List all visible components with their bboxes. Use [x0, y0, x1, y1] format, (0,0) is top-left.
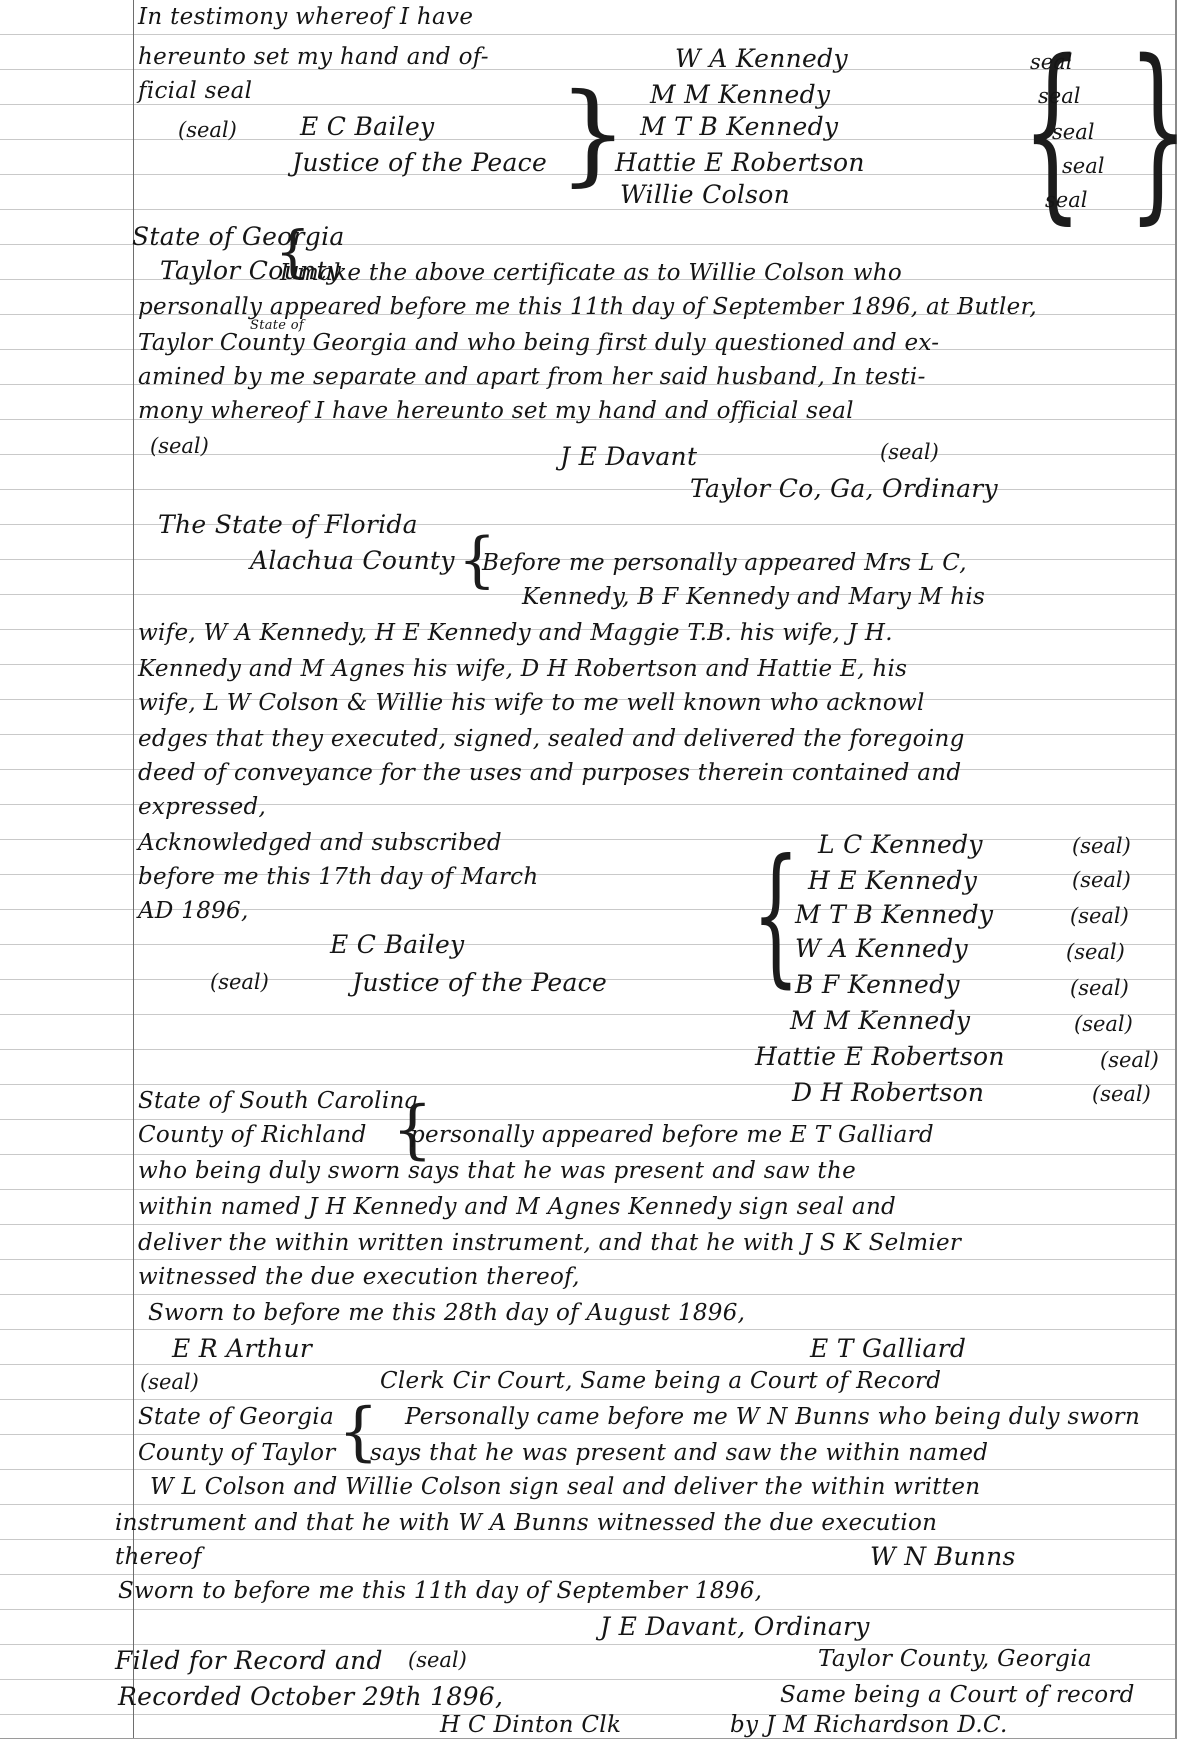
seal-label: (seal): [1074, 1012, 1133, 1036]
grantor-signature: Willie Colson: [620, 180, 790, 209]
signer-title: Justice of the Peace: [292, 148, 547, 177]
grantor-signature: B F Kennedy: [795, 970, 960, 999]
seal-label: (seal): [1070, 976, 1129, 1000]
witness-signature: W N Bunns: [870, 1542, 1016, 1571]
affidavit-line-2: says that he was present and saw the wit…: [370, 1440, 988, 1466]
seal-label: seal: [1038, 84, 1080, 108]
acknowledgment-line-8: expressed,: [138, 794, 266, 820]
acknowledgment-line-7: deed of conveyance for the uses and purp…: [138, 760, 961, 786]
certificate-line-2: personally appeared before me this 11th …: [138, 294, 1037, 320]
clerk-signature: H C Dinton Clk: [440, 1712, 621, 1738]
acknowledgment-line-6: edges that they executed, signed, sealed…: [138, 726, 965, 752]
testimony-line-1: In testimony whereof I have: [138, 4, 473, 30]
affidavit-line-1: Personally came before me W N Bunns who …: [405, 1404, 1140, 1430]
acknowledgment-line-2: Kennedy, B F Kennedy and Mary M his: [522, 584, 985, 610]
grantor-signature: Hattie E Robertson: [755, 1042, 1005, 1071]
sworn-line: Sworn to before me this 11th day of Sept…: [118, 1578, 762, 1604]
ruled-ledger-page: In testimony whereof I have hereunto set…: [0, 0, 1177, 1739]
seal-label: (seal): [880, 440, 939, 464]
clerk-signature: E R Arthur: [172, 1334, 312, 1363]
seal-label: (seal): [210, 970, 269, 994]
certificate-line-4: amined by me separate and apart from her…: [138, 364, 926, 390]
certificate-line-1: I make the above certificate as to Willi…: [280, 260, 902, 286]
acknowledgment-line-3: wife, W A Kennedy, H E Kennedy and Maggi…: [138, 620, 893, 646]
seal-label: (seal): [1066, 940, 1125, 964]
certificate-line-5: mony whereof I have hereunto set my hand…: [138, 398, 854, 424]
grantor-signature: W A Kennedy: [795, 934, 968, 963]
grantor-signature: W A Kennedy: [675, 44, 848, 73]
seal-label: seal: [1045, 188, 1087, 212]
clerk-title: Clerk Cir Court, Same being a Court of R…: [380, 1368, 941, 1394]
county-heading: Alachua County: [250, 546, 455, 575]
seal-label: (seal): [140, 1370, 199, 1394]
affidavit-line-5: thereof: [115, 1544, 202, 1570]
recorded-line: Recorded October 29th 1896,: [118, 1682, 503, 1711]
affidavit-line-1: personally appeared before me E T Gallia…: [410, 1122, 934, 1148]
seal-label: (seal): [1070, 904, 1129, 928]
state-heading: State of Georgia: [138, 1404, 334, 1430]
witness-signature: E T Galliard: [810, 1334, 966, 1363]
seal-label: (seal): [150, 434, 209, 458]
grantor-signature: H E Kennedy: [808, 866, 977, 895]
grantor-signature: M M Kennedy: [650, 80, 830, 109]
grantor-signature: M T B Kennedy: [640, 112, 838, 141]
court-note: Same being a Court of record: [780, 1682, 1135, 1708]
signer-title: Justice of the Peace: [352, 968, 607, 997]
seal-label: (seal): [408, 1648, 467, 1672]
seal-label: (seal): [1072, 834, 1131, 858]
affidavit-line-5: witnessed the due execution thereof,: [138, 1264, 580, 1290]
state-heading: The State of Florida: [158, 510, 418, 539]
testimony-line-3: ficial seal: [138, 78, 252, 104]
signer-location: Taylor County, Georgia: [818, 1646, 1092, 1672]
grantor-signature: D H Robertson: [792, 1078, 984, 1107]
county-heading: County of Richland: [138, 1122, 367, 1148]
signer-name: J E Davant, Ordinary: [600, 1612, 870, 1641]
seal-label: (seal): [1092, 1082, 1151, 1106]
signer-name: E C Bailey: [330, 930, 464, 959]
grantor-signature: M T B Kennedy: [795, 900, 993, 929]
grantor-signature: M M Kennedy: [790, 1006, 970, 1035]
deputy-clerk-signature: by J M Richardson D.C.: [730, 1712, 1008, 1738]
seal-label: seal: [1052, 120, 1094, 144]
filed-line: Filed for Record and: [115, 1646, 383, 1675]
signer-title: Taylor Co, Ga, Ordinary: [690, 474, 998, 503]
seal-label: seal: [1062, 154, 1104, 178]
right-brace-icon: }: [1128, 36, 1188, 226]
grantor-signature: L C Kennedy: [818, 830, 983, 859]
state-heading: State of South Carolina: [138, 1088, 419, 1114]
left-brace-icon: {: [752, 840, 800, 990]
acknowledgment-line-4: Kennedy and M Agnes his wife, D H Robert…: [138, 656, 907, 682]
acknowledged-line-1: Acknowledged and subscribed: [138, 830, 502, 856]
grantor-signature: Hattie E Robertson: [615, 148, 865, 177]
testimony-line-2: hereunto set my hand and of-: [138, 44, 489, 70]
acknowledgment-line-5: wife, L W Colson & Willie his wife to me…: [138, 690, 925, 716]
affidavit-line-4: instrument and that he with W A Bunns wi…: [115, 1510, 937, 1536]
certificate-line-3: Taylor County Georgia and who being firs…: [138, 330, 939, 356]
acknowledgment-line-1: Before me personally appeared Mrs L C,: [482, 550, 967, 576]
county-heading: County of Taylor: [138, 1440, 336, 1466]
affidavit-line-2: who being duly sworn says that he was pr…: [138, 1158, 856, 1184]
signer-name: J E Davant: [560, 442, 697, 471]
seal-label: seal: [1030, 50, 1072, 74]
seal-label: (seal): [1100, 1048, 1159, 1072]
affidavit-line-3: W L Colson and Willie Colson sign seal a…: [150, 1474, 980, 1500]
seal-label: (seal): [178, 118, 237, 142]
left-margin-rule: [133, 0, 134, 1738]
affidavit-line-3: within named J H Kennedy and M Agnes Ken…: [138, 1194, 896, 1220]
affidavit-line-4: deliver the within written instrument, a…: [138, 1230, 961, 1256]
state-heading: State of Georgia: [132, 222, 345, 251]
seal-label: (seal): [1072, 868, 1131, 892]
acknowledged-line-2: before me this 17th day of March: [138, 864, 538, 890]
sworn-line: Sworn to before me this 28th day of Augu…: [148, 1300, 745, 1326]
signer-name: E C Bailey: [300, 112, 434, 141]
acknowledged-line-3: AD 1896,: [138, 898, 249, 924]
